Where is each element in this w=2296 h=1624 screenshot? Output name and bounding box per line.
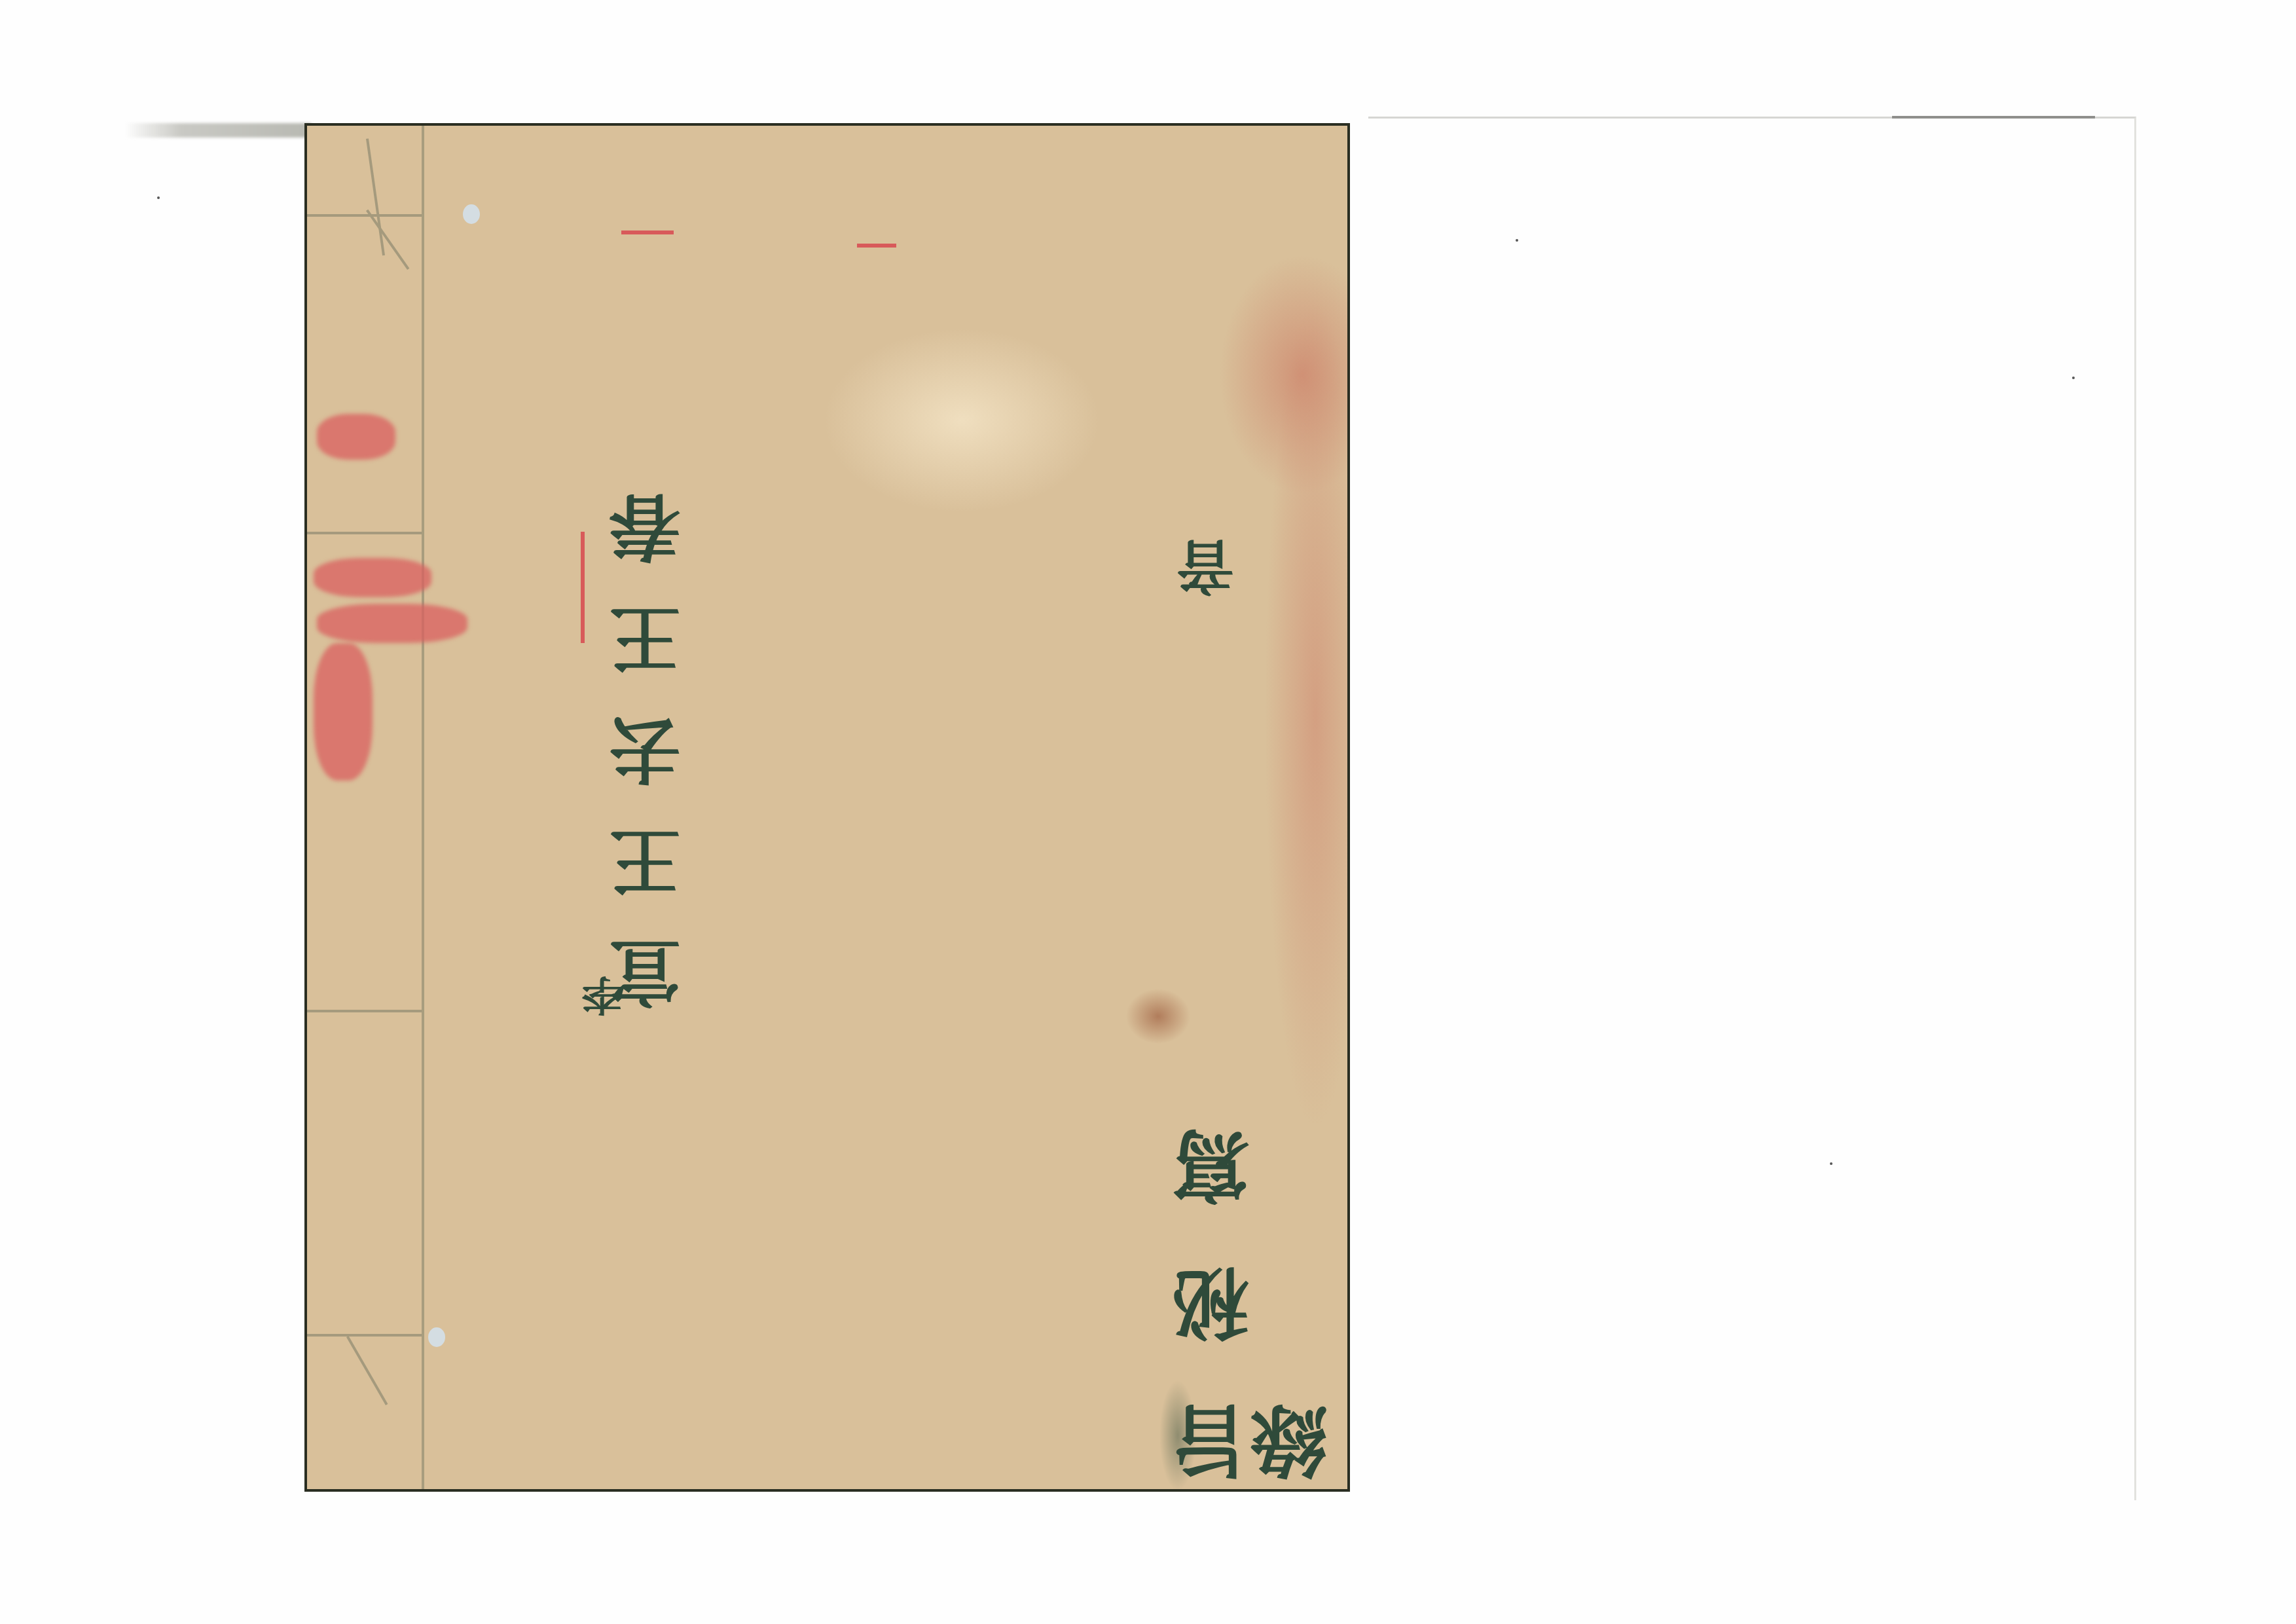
manuscript-cover: 宣王去王春 李 音 旨秘寫綠 xyxy=(304,123,1350,1492)
page-edge-mark xyxy=(1892,116,2095,119)
binding-thread xyxy=(307,1334,422,1337)
red-stain xyxy=(317,604,467,643)
scan-edge-shadow xyxy=(124,123,311,138)
red-stain xyxy=(314,558,431,597)
scan-speck xyxy=(1830,1162,1832,1165)
right-column-bottom: 旨秘寫綠 xyxy=(1178,970,1335,1481)
red-mark xyxy=(857,244,896,248)
red-stain xyxy=(314,643,373,781)
bound-spine xyxy=(307,126,424,1489)
binding-thread xyxy=(307,1010,422,1012)
scan-speck xyxy=(2072,377,2075,379)
binding-thread xyxy=(307,532,422,534)
right-column-top: 音 xyxy=(1181,499,1240,597)
red-stain xyxy=(317,414,395,460)
binding-hole xyxy=(463,204,480,224)
binding-thread xyxy=(346,1336,388,1405)
title-sub: 李 xyxy=(585,912,626,1016)
binding-thread xyxy=(366,210,409,270)
binding-thread xyxy=(366,138,385,255)
red-mark xyxy=(621,231,674,234)
scan-speck xyxy=(157,196,160,199)
title-main: 宣王去王春 xyxy=(615,289,687,1010)
red-mark xyxy=(581,532,585,643)
binding-thread xyxy=(307,214,422,217)
scan-speck xyxy=(1516,239,1518,242)
binding-hole xyxy=(428,1327,445,1347)
blank-facing-page xyxy=(1368,117,2136,1500)
